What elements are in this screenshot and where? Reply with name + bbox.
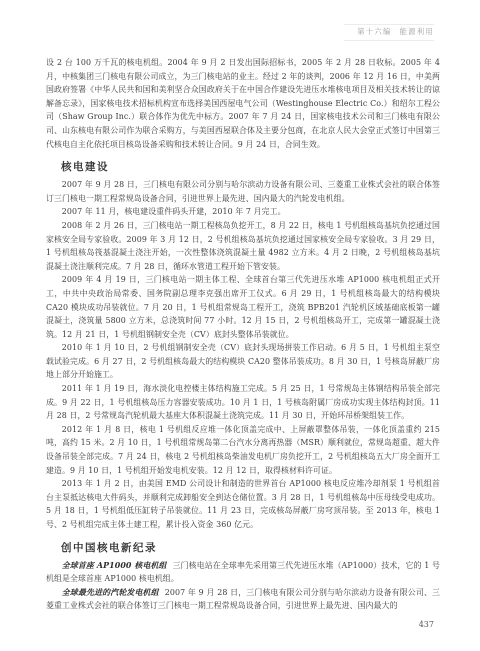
section-heading-records: 创中国核电新纪录 [61, 540, 440, 556]
running-head-part: 第十六编 [357, 27, 391, 36]
record-lead: 全球首座 AP1000 核电机组 [62, 561, 167, 570]
construction-paragraph: 2012 年 1 月 8 日，核电 1 号机组反应堆一体化顶盖完成中、上屏蔽罩整… [46, 423, 440, 477]
construction-paragraph: 2009 年 4 月 19 日，三门核电站一期主体工程、全球首台第三代先进压水堆… [46, 273, 440, 341]
intro-paragraph: 设 2 台 100 万千瓦的核电机组。2004 年 9 月 2 日发出国际招标书… [46, 56, 440, 151]
construction-paragraph: 2011 年 1 月 19 日，海水淡化电控楼主体结构施工完成。5 月 25 日… [46, 382, 440, 423]
running-head-section: 能源利用 [400, 27, 434, 36]
construction-paragraph: 2008 年 2 月 26 日，三门核电站一期工程核岛负挖开工，8 月 22 日… [46, 219, 440, 273]
running-head: 第十六编能源利用 [344, 24, 434, 41]
page-number: 437 [419, 620, 434, 629]
record-item: 全球最先进的汽轮发电机组2007 年 9 月 28 日，三门核电有限公司分别与哈… [46, 586, 440, 613]
record-item: 全球首座 AP1000 核电机组三门核电站在全球率先采用第三代先进压水堆（AP1… [46, 559, 440, 586]
page-body: 设 2 台 100 万千瓦的核电机组。2004 年 9 月 2 日发出国际招标书… [46, 56, 440, 613]
record-lead: 全球最先进的汽轮发电机组 [62, 588, 159, 597]
construction-paragraph: 2010 年 1 月 10 日，2 号机组钢制安全壳（CV）底封头现场拼装工作启… [46, 341, 440, 382]
section-heading-construction: 核电建设 [61, 159, 440, 175]
construction-paragraph: 2007 年 9 月 28 日，三门核电有限公司分别与哈尔滨动力设备有限公司、三… [46, 178, 440, 205]
construction-paragraph: 2007 年 11 月，核电建设重件码头开建，2010 年 7 月完工。 [46, 205, 440, 219]
construction-paragraph: 2013 年 1 月 2 日，由美国 EMD 公司设计和制造的世界首台 AP10… [46, 477, 440, 531]
